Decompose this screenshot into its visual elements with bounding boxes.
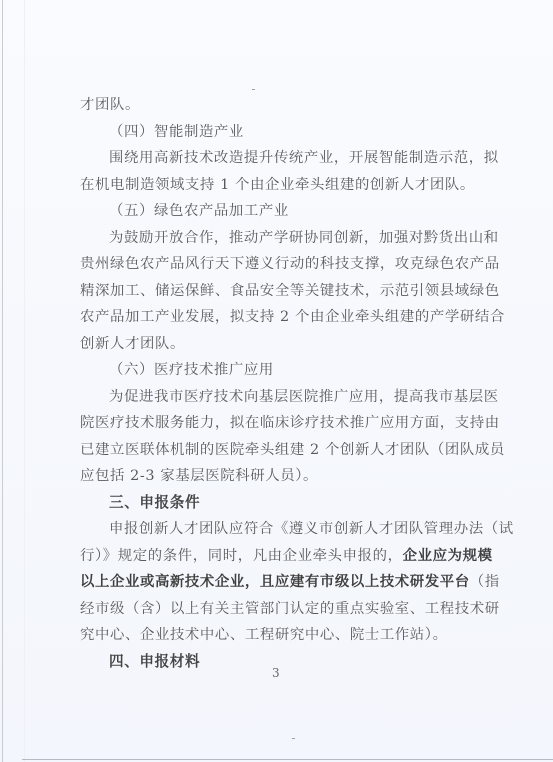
section-heading-4: 四、申报材料 (80, 649, 492, 676)
bold-text: 以上企业或高新技术企业，且应建有市级以上技术研发平台 (80, 573, 470, 590)
scan-speck (292, 738, 295, 739)
paragraph-line-mixed: 以上企业或高新技术企业，且应建有市级以上技术研发平台（指 (80, 569, 492, 596)
section-heading-3: 三、申报条件 (80, 490, 492, 517)
subsection-title-5: （五）绿色农产品加工产业 (80, 198, 492, 225)
paragraph-line: 院医疗技术服务能力，拟在临床诊疗技术推广应用方面，支持由 (80, 410, 492, 437)
scan-left-shadow (24, 0, 25, 762)
paragraph-line: 农产品加工产业发展，拟支持 2 个由企业牵头组建的产学研结合 (80, 304, 492, 331)
paragraph-line: 围绕用高新技术改造提升传统产业，开展智能制造示范，拟 (80, 145, 492, 172)
bold-text: 企业应为规模 (403, 547, 493, 564)
paragraph-line-mixed: 行）》规定的条件，同时，凡由企业牵头申报的，企业应为规模 (80, 543, 492, 570)
paragraph-line: 创新人才团队。 (80, 331, 492, 358)
page-number: 3 (272, 666, 280, 680)
paragraph-line: 贵州绿色农产品风行天下遵义行动的科技支撑，攻克绿色农产品 (80, 251, 492, 278)
scan-left-edge (2, 0, 3, 762)
paragraph-line: 精深加工、储运保鲜、食品安全等关键技术，示范引领县域绿色 (80, 278, 492, 305)
paragraph-line: 已建立医联体机制的医院牵头组建 2 个创新人才团队（团队成员 (80, 437, 492, 464)
paragraph-line: 究中心、企业技术中心、工程研究中心、院士工作站）。 (80, 622, 492, 649)
document-body: 才团队。 （四）智能制造产业 围绕用高新技术改造提升传统产业，开展智能制造示范，… (80, 92, 492, 675)
paragraph-line: 申报创新人才团队应符合《遵义市创新人才团队管理办法（试 (80, 516, 492, 543)
paragraph-line: 应包括 2-3 家基层医院科研人员）。 (80, 463, 492, 490)
scanned-page: 才团队。 （四）智能制造产业 围绕用高新技术改造提升传统产业，开展智能制造示范，… (0, 0, 553, 762)
paragraph-line: 才团队。 (80, 92, 492, 119)
paragraph-line: 为促进我市医疗技术向基层医院推广应用，提高我市基层医 (80, 384, 492, 411)
plain-text: （指 (470, 574, 500, 590)
subsection-title-6: （六）医疗技术推广应用 (80, 357, 492, 384)
paragraph-line: 在机电制造领域支持 1 个由企业牵头组建的创新人才团队。 (80, 172, 492, 199)
plain-text: 行）》规定的条件，同时，凡由企业牵头申报的， (80, 548, 403, 564)
paragraph-line: 经市级（含）以上有关主管部门认定的重点实验室、工程技术研 (80, 596, 492, 623)
scan-speck (252, 89, 255, 90)
paragraph-line: 为鼓励开放合作，推动产学研协同创新，加强对黔货出山和 (80, 225, 492, 252)
scan-bottom-edge (22, 759, 553, 760)
subsection-title-4: （四）智能制造产业 (80, 119, 492, 146)
